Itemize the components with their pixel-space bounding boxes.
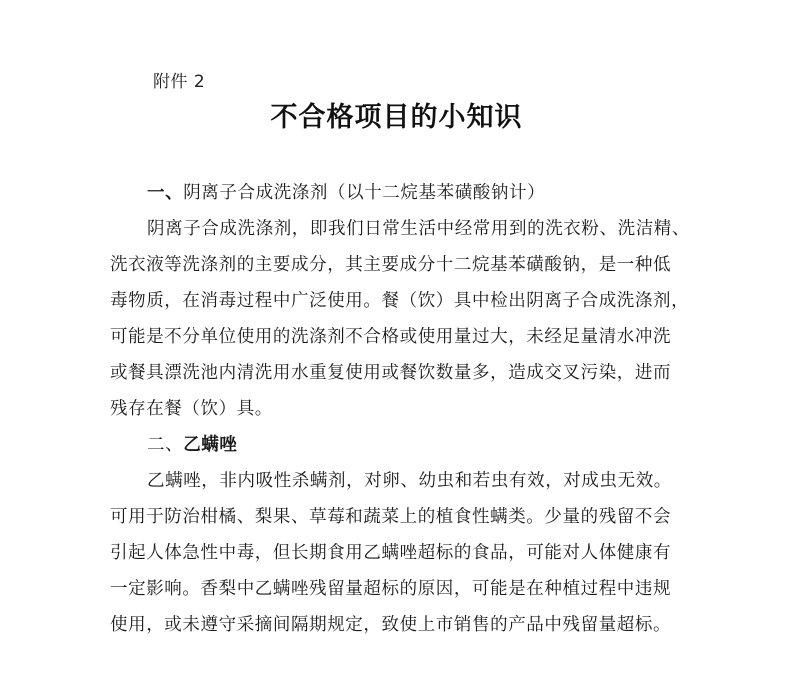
paragraph-line: 毒物质，在消毒过程中广泛使用。餐（饮）具中检出阴离子合成洗涤剂， bbox=[110, 283, 690, 319]
document-page: 附件 2 不合格项目的小知识 一、阴离子合成洗涤剂（以十二烷基苯磺酸钠计） 阴离… bbox=[0, 0, 793, 688]
attachment-label: 附件 2 bbox=[153, 70, 205, 94]
document-body: 一、阴离子合成洗涤剂（以十二烷基苯磺酸钠计） 阴离子合成洗涤剂，即我们日常生活中… bbox=[110, 175, 690, 643]
paragraph-line: 残存在餐（饮）具。 bbox=[110, 391, 690, 427]
paragraph-line: 可用于防治柑橘、梨果、草莓和蔬菜上的植食性螨类。少量的残留不会 bbox=[110, 499, 690, 535]
section-heading-number: 二、 bbox=[147, 435, 183, 455]
document-title: 不合格项目的小知识 bbox=[0, 100, 793, 136]
paragraph-line: 洗衣液等洗涤剂的主要成分，其主要成分十二烷基苯磺酸钠，是一种低 bbox=[110, 247, 690, 283]
paragraph-line: 阴离子合成洗涤剂，即我们日常生活中经常用到的洗衣粉、洗洁精、 bbox=[110, 211, 690, 247]
section-heading-1: 一、阴离子合成洗涤剂（以十二烷基苯磺酸钠计） bbox=[110, 175, 690, 211]
section-heading-text: 乙螨唑 bbox=[183, 435, 237, 455]
section-heading-2: 二、乙螨唑 bbox=[110, 427, 690, 463]
section-heading-number: 一、 bbox=[147, 183, 183, 203]
paragraph-line: 乙螨唑，非内吸性杀螨剂，对卵、幼虫和若虫有效，对成虫无效。 bbox=[110, 463, 690, 499]
paragraph-line: 可能是不分单位使用的洗涤剂不合格或使用量过大，未经足量清水冲洗 bbox=[110, 319, 690, 355]
paragraph-line: 一定影响。香梨中乙螨唑残留量超标的原因，可能是在种植过程中违规 bbox=[110, 571, 690, 607]
paragraph-line: 引起人体急性中毒，但长期食用乙螨唑超标的食品，可能对人体健康有 bbox=[110, 535, 690, 571]
paragraph-line: 使用，或未遵守采摘间隔期规定，致使上市销售的产品中残留量超标。 bbox=[110, 607, 690, 643]
section-heading-text: 阴离子合成洗涤剂（以十二烷基苯磺酸钠计） bbox=[183, 183, 545, 203]
paragraph-line: 或餐具漂洗池内清洗用水重复使用或餐饮数量多，造成交叉污染，进而 bbox=[110, 355, 690, 391]
